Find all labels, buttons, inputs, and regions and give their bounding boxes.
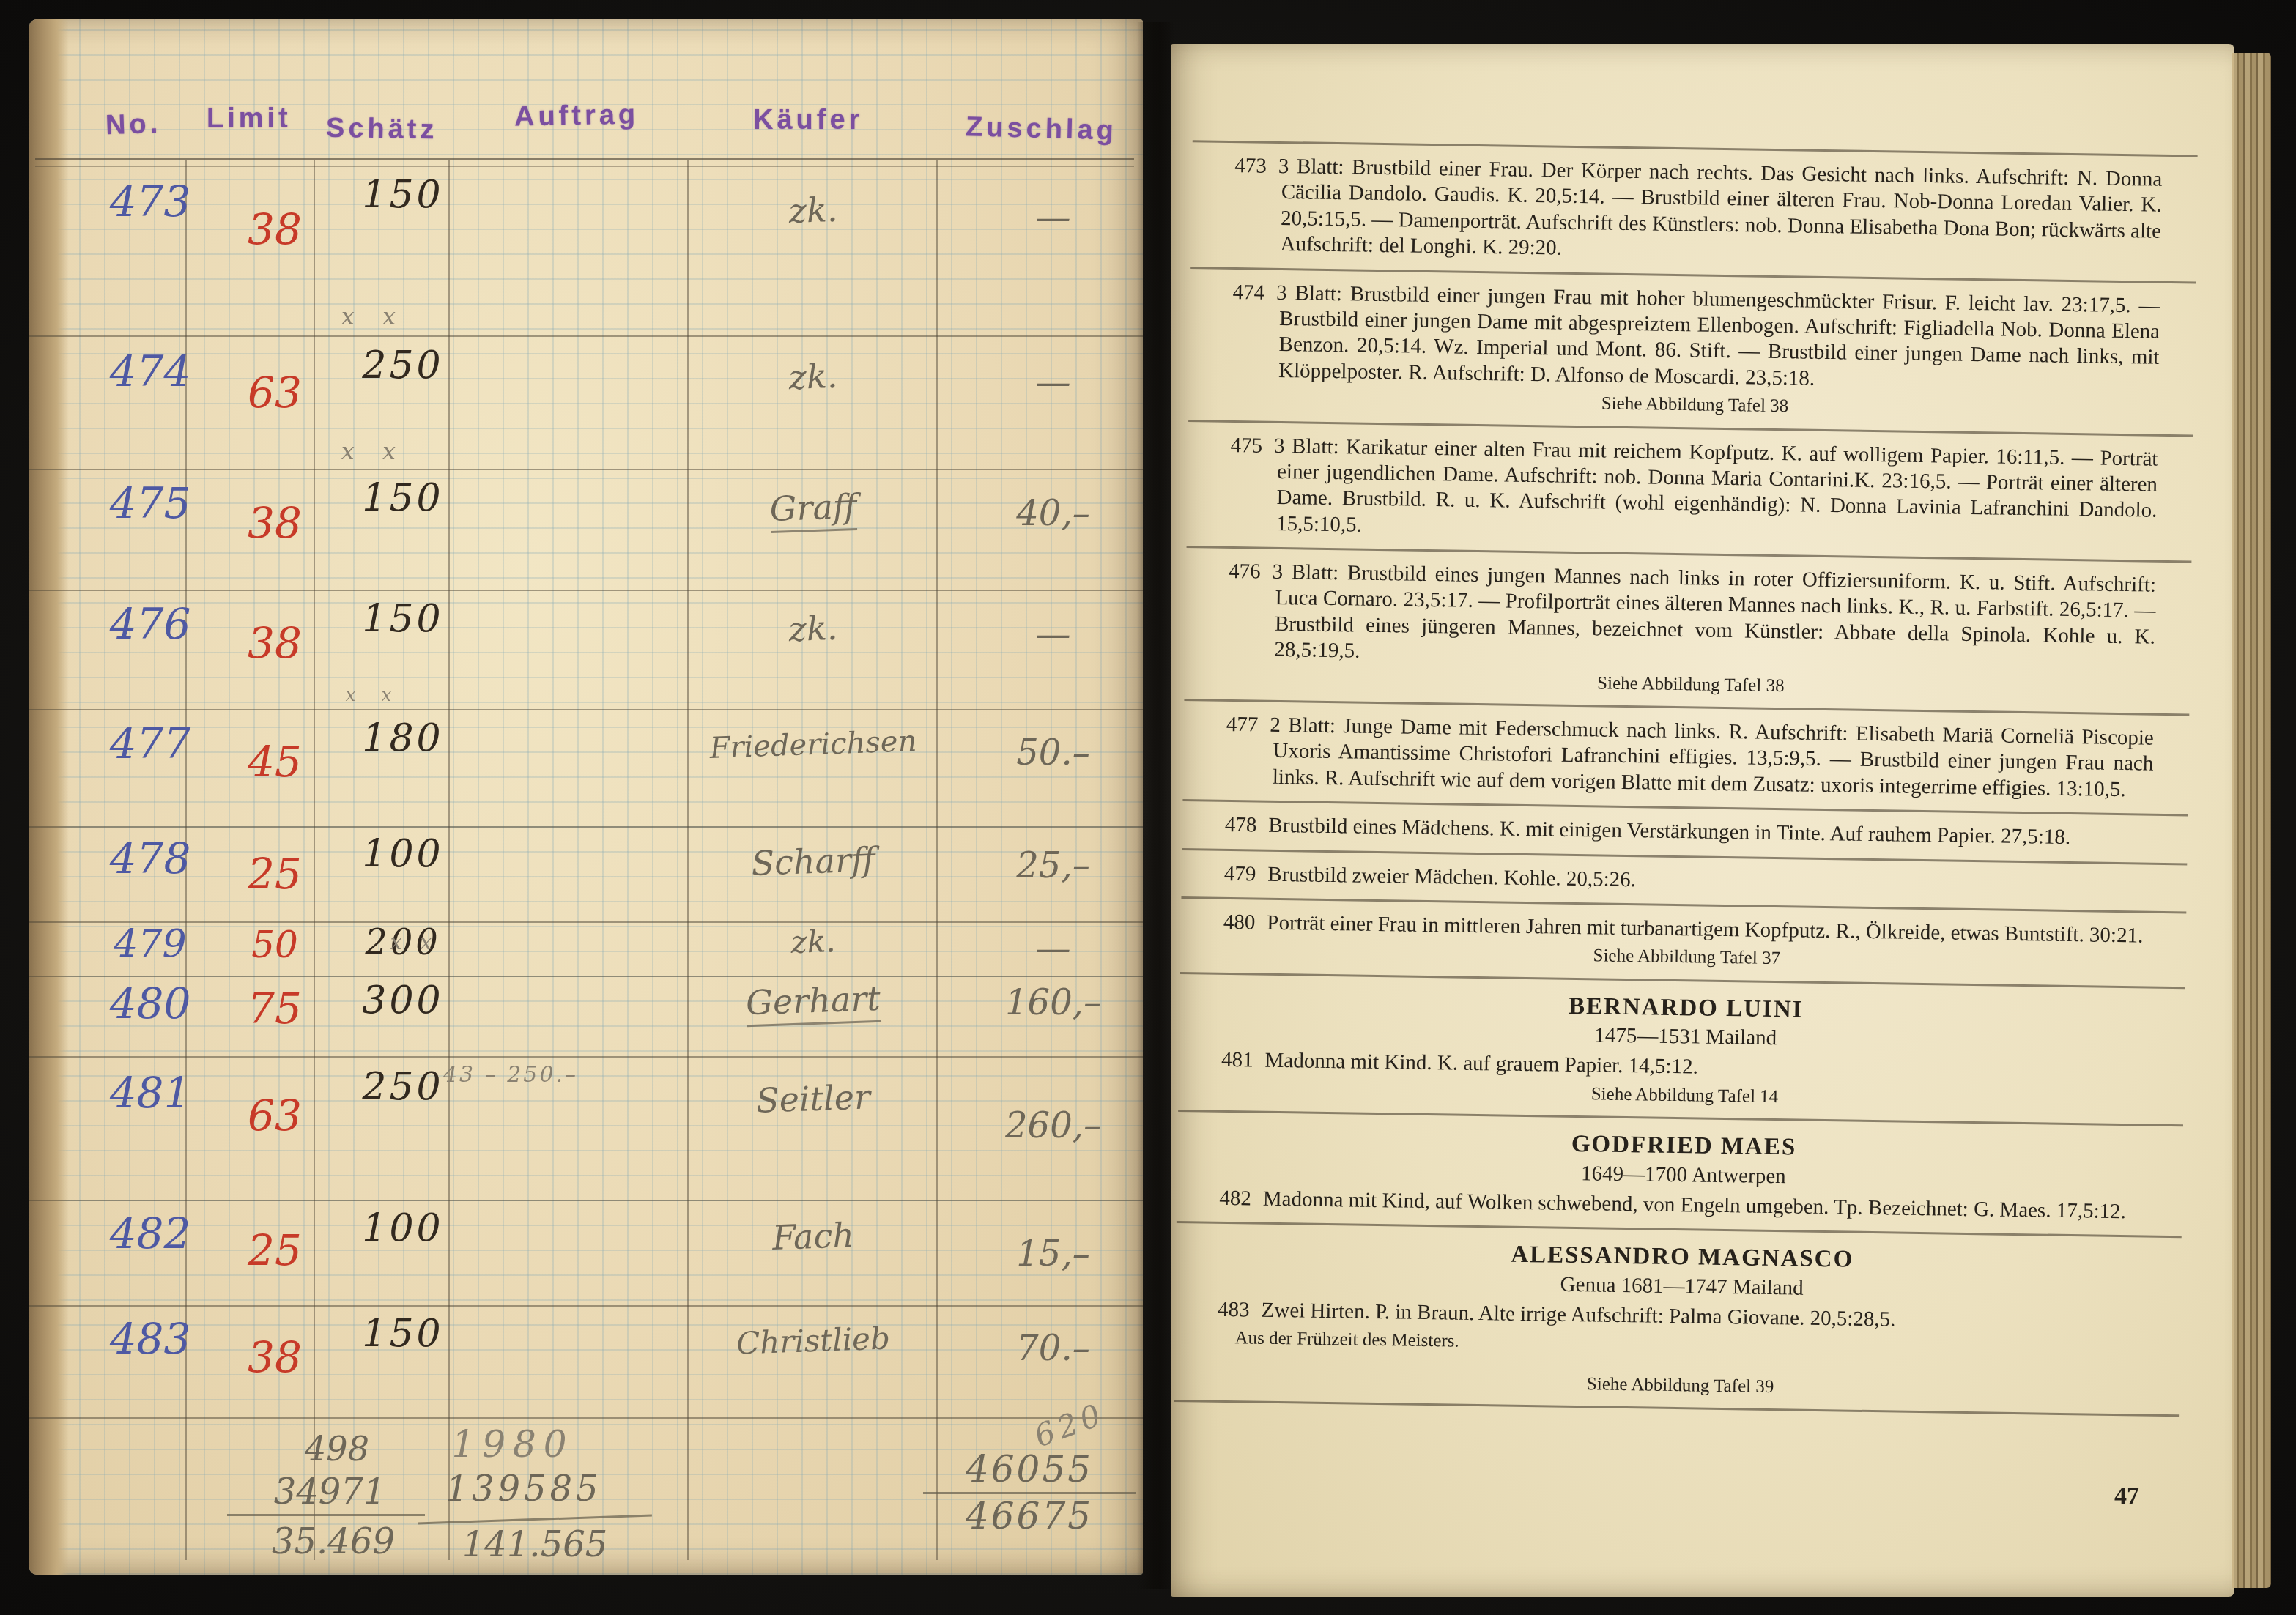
buyer-name: Scharff xyxy=(673,836,953,886)
column-header-kaufer: Käufer xyxy=(753,105,863,136)
entry-text: Madonna mit Kind. K. auf grauem Papier. … xyxy=(1264,1049,1698,1079)
limit-value: 38 xyxy=(212,498,337,548)
limit-value: 63 xyxy=(212,368,337,417)
limit-value: 38 xyxy=(212,1332,337,1382)
lot-number: 483 xyxy=(73,1314,227,1364)
entry-number: 482 xyxy=(1219,1187,1263,1211)
separator-line xyxy=(1174,1400,2179,1417)
buyer-name: zk. xyxy=(673,185,953,234)
ledger-row-479: 479 50 200 x x zk. — xyxy=(29,921,1143,977)
plate-reference: Siehe Abbildung Tafel 39 xyxy=(1216,1368,2144,1404)
separator-line xyxy=(1177,1221,2182,1238)
buyer-name: zk. xyxy=(673,918,952,964)
sum-line xyxy=(923,1492,1136,1494)
totals-schatz-subtotal: 1980 xyxy=(410,1423,615,1466)
ledger-row-481: 481 63 250 43 – 250.– Seitler 260,– xyxy=(29,1056,1143,1201)
pencil-marks: x x xyxy=(293,437,454,465)
catalog-entry-476: 4763 Blatt: Brustbild eines jungen Manne… xyxy=(1227,559,2156,676)
estimate-value: 250 xyxy=(330,344,476,387)
catalog-entry-479: 479Brustbild zweier Mädchen. Kohle. 20,5… xyxy=(1224,861,2152,900)
lot-number: 477 xyxy=(73,719,227,768)
lot-number: 478 xyxy=(73,834,227,883)
limit-value: 50 xyxy=(212,924,337,966)
estimate-value: 150 xyxy=(330,1312,476,1356)
ledger-row-473: 473 38 150 zk. — x x xyxy=(29,163,1143,337)
ledger-row-476: 476 38 150 zk. — x x xyxy=(29,590,1143,710)
ledger-row-478: 478 25 100 Scharff 25,– xyxy=(29,826,1143,923)
limit-value: 63 xyxy=(212,1091,337,1140)
entry-text: 3 Blatt: Brustbild einer Frau. Der Körpe… xyxy=(1278,155,2163,260)
hammer-price: 70.– xyxy=(974,1328,1132,1369)
column-header-zuschlag: Zuschlag xyxy=(965,111,1117,146)
estimate-value: 150 xyxy=(330,597,476,641)
estimate-value: 100 xyxy=(330,1206,476,1250)
limit-value: 25 xyxy=(212,1225,337,1275)
buyer-name: Christlieb xyxy=(673,1318,952,1364)
ledger-row-480: 480 75 300 Gerhart 160,– xyxy=(29,976,1143,1058)
page-stack-edge xyxy=(2232,53,2271,1588)
totals-limit-subtotal: 498 xyxy=(271,1429,403,1469)
catalog-entry-475: 4753 Blatt: Karikatur einer alten Frau m… xyxy=(1229,432,2158,549)
separator-line xyxy=(1178,1110,2183,1126)
sum-line xyxy=(418,1514,652,1524)
buyer-name: Seitler xyxy=(673,1074,953,1124)
totals-zuschlag-sum: 46675 xyxy=(927,1495,1132,1537)
lot-number: 479 xyxy=(73,922,227,966)
estimate-value: 150 xyxy=(330,173,476,217)
hammer-price: 260,– xyxy=(974,1105,1132,1146)
entry-number: 479 xyxy=(1224,861,1268,886)
limit-value: 75 xyxy=(212,984,337,1033)
hammer-price: 50.– xyxy=(974,732,1132,773)
lot-number: 480 xyxy=(73,979,227,1028)
entry-text: Brustbild zweier Mädchen. Kohle. 20,5:26… xyxy=(1267,862,1636,891)
hammer-price: — xyxy=(974,614,1132,655)
ledger-totals: 498 1980 34971 139585 35.469 141.565 620… xyxy=(29,1417,1143,1575)
entry-text: 3 Blatt: Brustbild eines jungen Mannes n… xyxy=(1272,560,2156,663)
catalog-entry-474: 4743 Blatt: Brustbild einer jungen Frau … xyxy=(1232,279,2160,396)
totals-zuschlag-carry: 46055 xyxy=(930,1448,1128,1490)
ledger-row-482: 482 25 100 Fach 15,– xyxy=(29,1200,1143,1307)
catalog-entry-473: 4733 Blatt: Brustbild einer Frau. Der Kö… xyxy=(1233,153,2162,270)
entry-number: 477 xyxy=(1226,713,1270,737)
pencil-marks: x x xyxy=(293,685,454,705)
buyer-name: Gerhart xyxy=(745,978,881,1026)
totals-limit-sum: 35.469 xyxy=(234,1521,432,1562)
estimate-value: 180 xyxy=(330,716,476,760)
hammer-price: 160,– xyxy=(974,982,1132,1023)
totals-schatz-sum: 141.565 xyxy=(414,1524,656,1565)
ledger-row-475: 475 38 150 Graff 40,– xyxy=(29,469,1143,591)
lot-number: 475 xyxy=(73,478,227,528)
catalog-text-block: 4733 Blatt: Brustbild einer Frau. Der Kö… xyxy=(1216,130,2163,1427)
entry-text: 3 Blatt: Brustbild einer jungen Frau mit… xyxy=(1276,281,2160,390)
hammer-price: — xyxy=(974,928,1132,969)
lot-number: 473 xyxy=(73,177,227,226)
entry-number: 481 xyxy=(1221,1048,1265,1072)
entry-number: 473 xyxy=(1234,154,1278,178)
buyer-name: zk. xyxy=(673,352,953,401)
book-gutter xyxy=(1137,22,1175,1589)
pencil-marks: x x xyxy=(363,930,465,954)
limit-value: 45 xyxy=(212,737,337,787)
column-header-auftrag: Auftrag xyxy=(514,100,640,133)
sum-line xyxy=(227,1514,425,1516)
limit-value: 25 xyxy=(212,849,337,899)
entry-number: 475 xyxy=(1230,433,1274,457)
estimate-value: 300 xyxy=(330,979,476,1022)
entry-number: 478 xyxy=(1225,813,1269,837)
entry-text: Brustbild eines Mädchens. K. mit einigen… xyxy=(1268,814,2070,849)
column-header-limit: Limit xyxy=(207,103,292,135)
book-scan: No. Limit Schätz Auftrag Käufer Zuschlag… xyxy=(0,0,2296,1615)
catalog-page: 4733 Blatt: Brustbild einer Frau. Der Kö… xyxy=(1171,44,2234,1597)
entry-number: 483 xyxy=(1218,1298,1262,1322)
totals-schatz-carry: 139585 xyxy=(414,1469,634,1510)
ledger-row-483: 483 38 150 Christlieb 70.– xyxy=(29,1305,1143,1419)
page-number: 47 xyxy=(2114,1482,2139,1510)
hammer-price: 40,– xyxy=(974,493,1132,534)
lot-number: 482 xyxy=(73,1209,227,1258)
lot-number: 476 xyxy=(73,599,227,649)
column-header-schatz: Schätz xyxy=(326,113,438,146)
buyer-name: Fach xyxy=(673,1211,953,1261)
ledger-row-477: 477 45 180 Friederichsen 50.– xyxy=(29,709,1143,828)
ledger-row-474: 474 63 250 zk. — x x xyxy=(29,335,1143,470)
catalog-entry-477: 4772 Blatt: Junge Dame mit Federschmuck … xyxy=(1226,712,2154,803)
hammer-price: 25,– xyxy=(974,845,1132,886)
order-note: 43 – 250.– xyxy=(443,1062,692,1088)
limit-value: 38 xyxy=(212,618,337,668)
column-header-no: No. xyxy=(105,108,162,142)
entry-number: 480 xyxy=(1223,910,1267,935)
ledger-page: No. Limit Schätz Auftrag Käufer Zuschlag… xyxy=(29,19,1143,1575)
hammer-price: — xyxy=(974,362,1132,403)
entry-text: Zwei Hirten. P. in Braun. Alte irrige Au… xyxy=(1261,1299,1895,1332)
estimate-value: 150 xyxy=(330,476,476,520)
catalog-entry-478: 478Brustbild eines Mädchens. K. mit eini… xyxy=(1225,812,2152,852)
buyer-name: Graff xyxy=(769,486,858,533)
entry-text: 2 Blatt: Junge Dame mit Federschmuck nac… xyxy=(1270,713,2154,801)
limit-value: 38 xyxy=(212,204,337,254)
hammer-price: 15,– xyxy=(974,1233,1132,1274)
entry-number: 476 xyxy=(1229,560,1273,584)
separator-line xyxy=(1180,972,2185,989)
totals-limit-carry: 34971 xyxy=(238,1471,421,1512)
buyer-name: zk. xyxy=(673,604,953,653)
ledger-header-row: No. Limit Schätz Auftrag Käufer Zuschlag xyxy=(29,89,1143,158)
pencil-marks: x x xyxy=(293,302,454,330)
entry-text: 3 Blatt: Karikatur einer alten Frau mit … xyxy=(1274,434,2158,536)
lot-number: 481 xyxy=(73,1068,227,1118)
estimate-value: 100 xyxy=(330,832,476,876)
lot-number: 474 xyxy=(73,346,227,396)
hammer-price: — xyxy=(974,197,1132,238)
entry-number: 474 xyxy=(1232,280,1276,304)
buyer-name: Friederichsen xyxy=(673,723,952,766)
